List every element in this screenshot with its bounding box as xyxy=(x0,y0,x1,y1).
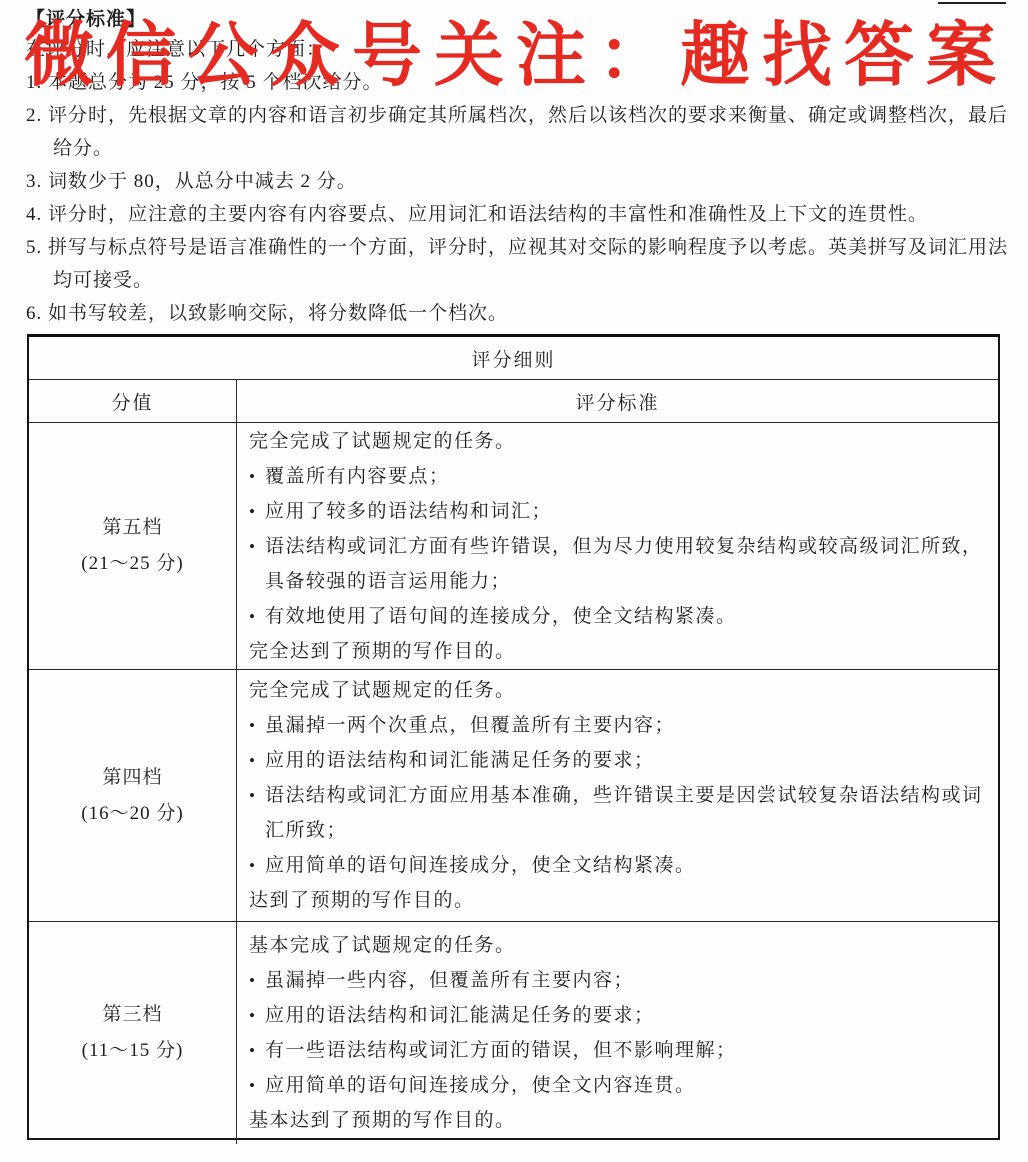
bullet-icon: • xyxy=(249,1068,265,1103)
table-row-band4-score: 第四档 (16～20 分) xyxy=(29,669,237,921)
bullet-icon: • xyxy=(249,848,265,883)
bullet-icon: • xyxy=(249,459,265,494)
scoring-rubric-table: 评分细则 分值 评分标准 第五档 (21～25 分) 完全完成了试题规定的任务。… xyxy=(27,334,1000,1140)
criteria-bullet: • 虽漏掉一两个次重点，但覆盖所有主要内容； xyxy=(249,708,986,743)
criteria-closing: 基本达到了预期的写作目的。 xyxy=(249,1103,986,1138)
criteria-opening: 完全完成了试题规定的任务。 xyxy=(249,673,986,708)
criteria-bullet: • 语法结构或词汇方面应用基本准确，些许错误主要是因尝试较复杂语法结构或词汇所致… xyxy=(249,778,986,848)
table-row-band5-score: 第五档 (21～25 分) xyxy=(29,422,237,669)
criteria-bullet: • 应用的语法结构和词汇能满足任务的要求； xyxy=(249,998,986,1033)
document-page: 【评分标准】 在评分时，应注意以下几个方面： 1. 本题总分为 25 分，按 5… xyxy=(0,0,1028,1162)
criteria-bullet: • 虽漏掉一些内容，但覆盖所有主要内容； xyxy=(249,963,986,998)
criteria-bullet: • 应用简单的语句间连接成分，使全文结构紧凑。 xyxy=(249,848,986,883)
table-row-band5-criteria: 完全完成了试题规定的任务。 • 覆盖所有内容要点； • 应用了较多的语法结构和词… xyxy=(237,422,998,669)
criteria-bullet: • 应用了较多的语法结构和词汇； xyxy=(249,494,986,529)
criteria-bullet: • 有一些语法结构或词汇方面的错误，但不影响理解； xyxy=(249,1033,986,1068)
bullet-icon: • xyxy=(249,963,265,998)
table-row-band3-score: 第三档 (11～15 分) xyxy=(29,921,237,1144)
bullet-icon: • xyxy=(249,743,265,778)
band-level: 第五档 xyxy=(102,510,162,546)
band-level: 第四档 xyxy=(102,760,162,796)
band-range: (16～20 分) xyxy=(81,796,183,832)
column-header-criteria: 评分标准 xyxy=(237,379,998,422)
criteria-bullet: • 应用简单的语句间连接成分，使全文内容连贯。 xyxy=(249,1068,986,1103)
note-item-5: 5. 拼写与标点符号是语言准确性的一个方面，评分时，应视其对交际的影响程度予以考… xyxy=(26,231,1014,297)
note-item-2: 2. 评分时，先根据文章的内容和语言初步确定其所属档次，然后以该档次的要求来衡量… xyxy=(26,99,1014,165)
criteria-bullet: • 有效地使用了语句间的连接成分，使全文结构紧凑。 xyxy=(249,599,986,634)
criteria-closing: 达到了预期的写作目的。 xyxy=(249,883,986,918)
criteria-opening: 基本完成了试题规定的任务。 xyxy=(249,928,986,963)
band-range: (11～15 分) xyxy=(82,1033,184,1069)
note-item-6: 6. 如书写较差，以致影响交际，将分数降低一个档次。 xyxy=(26,297,1014,330)
note-item-4: 4. 评分时，应注意的主要内容有内容要点、应用词汇和语法结构的丰富性和准确性及上… xyxy=(26,198,1014,231)
table-title: 评分细则 xyxy=(29,337,998,379)
criteria-bullet: • 语法结构或词汇方面有些许错误，但为尽力使用较复杂结构或较高级词汇所致，具备较… xyxy=(249,529,986,599)
bullet-icon: • xyxy=(249,599,265,634)
bullet-icon: • xyxy=(249,708,265,743)
column-header-score: 分值 xyxy=(29,379,237,422)
red-watermark-text: 微信公众号关注：趣找答案 xyxy=(24,12,1008,98)
criteria-closing: 完全达到了预期的写作目的。 xyxy=(249,634,986,669)
band-range: (21～25 分) xyxy=(81,546,183,582)
criteria-opening: 完全完成了试题规定的任务。 xyxy=(249,424,986,459)
bullet-icon: • xyxy=(249,494,265,529)
criteria-bullet: • 覆盖所有内容要点； xyxy=(249,459,986,494)
bullet-icon: • xyxy=(249,998,265,1033)
table-row-band3-criteria: 基本完成了试题规定的任务。 • 虽漏掉一些内容，但覆盖所有主要内容； • 应用的… xyxy=(237,921,998,1144)
bullet-icon: • xyxy=(249,529,265,564)
bullet-icon: • xyxy=(249,778,265,813)
bullet-icon: • xyxy=(249,1033,265,1068)
criteria-bullet: • 应用的语法结构和词汇能满足任务的要求； xyxy=(249,743,986,778)
note-item-3: 3. 词数少于 80，从总分中减去 2 分。 xyxy=(26,165,1014,198)
table-row-band4-criteria: 完全完成了试题规定的任务。 • 虽漏掉一两个次重点，但覆盖所有主要内容； • 应… xyxy=(237,669,998,921)
page-corner-rule xyxy=(938,2,1006,4)
band-level: 第三档 xyxy=(102,997,162,1033)
